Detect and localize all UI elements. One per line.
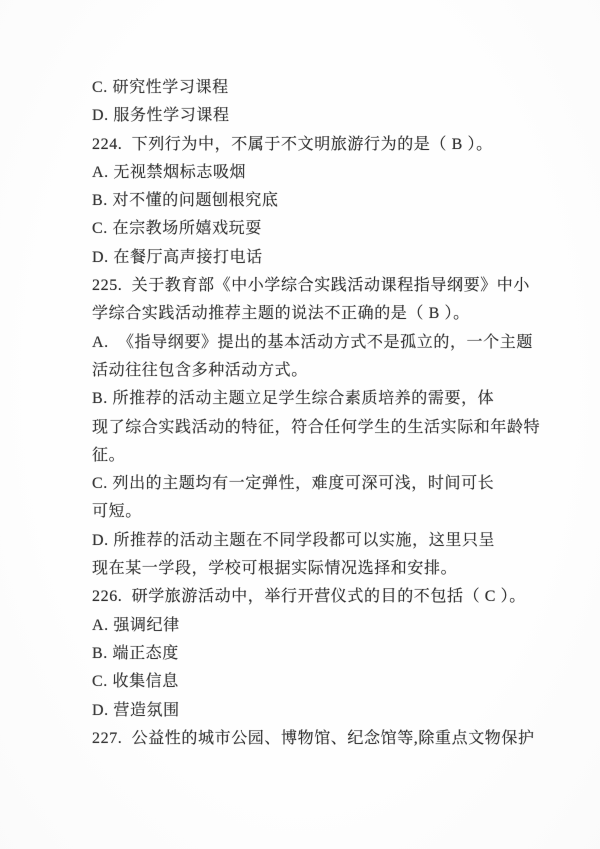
option-line: B. 对不懂的问题刨根究底	[92, 187, 562, 215]
option-line: B. 所推荐的活动主题立足学生综合素质培养的需要，体	[92, 385, 562, 413]
scanned-exam-page: C. 研究性学习课程D. 服务性学习课程224. 下列行为中，不属于不文明旅游行…	[0, 0, 600, 849]
question-line: 226. 研学旅游活动中，举行开营仪式的目的不包括（ C ）。	[92, 583, 562, 611]
question-line: 224. 下列行为中，不属于不文明旅游行为的是（ B ）。	[92, 131, 562, 159]
option-line: D. 营造氛围	[92, 697, 562, 725]
option-line: A. 无视禁烟标志吸烟	[92, 159, 562, 187]
option-line: C. 列出的主题均有一定弹性，难度可深可浅，时间可长	[92, 470, 562, 498]
continuation-line: 征。	[92, 442, 562, 470]
continuation-line: 现了综合实践活动的特征，符合任何学生的生活实际和年龄特	[92, 414, 562, 442]
option-line: C. 在宗教场所嬉戏玩耍	[92, 215, 562, 243]
option-line: D. 在餐厅高声接打电话	[92, 244, 562, 272]
continuation-line: 现在某一学段，学校可根据实际情况选择和安排。	[92, 555, 562, 583]
option-line: A. 《指导纲要》提出的基本活动方式不是孤立的，一个主题	[92, 329, 562, 357]
option-line: D. 服务性学习课程	[92, 102, 562, 130]
option-line: C. 研究性学习课程	[92, 74, 562, 102]
option-line: D. 所推荐的活动主题在不同学段都可以实施，这里只呈	[92, 527, 562, 555]
continuation-line: 活动往往包含多种活动方式。	[92, 357, 562, 385]
continuation-line: 学综合实践活动推荐主题的说法不正确的是（ B ）。	[92, 300, 562, 328]
option-line: A. 强调纪律	[92, 612, 562, 640]
question-line: 227. 公益性的城市公园、博物馆、纪念馆等,除重点文物保护	[92, 725, 562, 753]
option-line: B. 端正态度	[92, 640, 562, 668]
option-line: C. 收集信息	[92, 668, 562, 696]
question-line: 225. 关于教育部《中小学综合实践活动课程指导纲要》中小	[92, 272, 562, 300]
continuation-line: 可短。	[92, 498, 562, 526]
question-text-block: C. 研究性学习课程D. 服务性学习课程224. 下列行为中，不属于不文明旅游行…	[92, 74, 562, 753]
